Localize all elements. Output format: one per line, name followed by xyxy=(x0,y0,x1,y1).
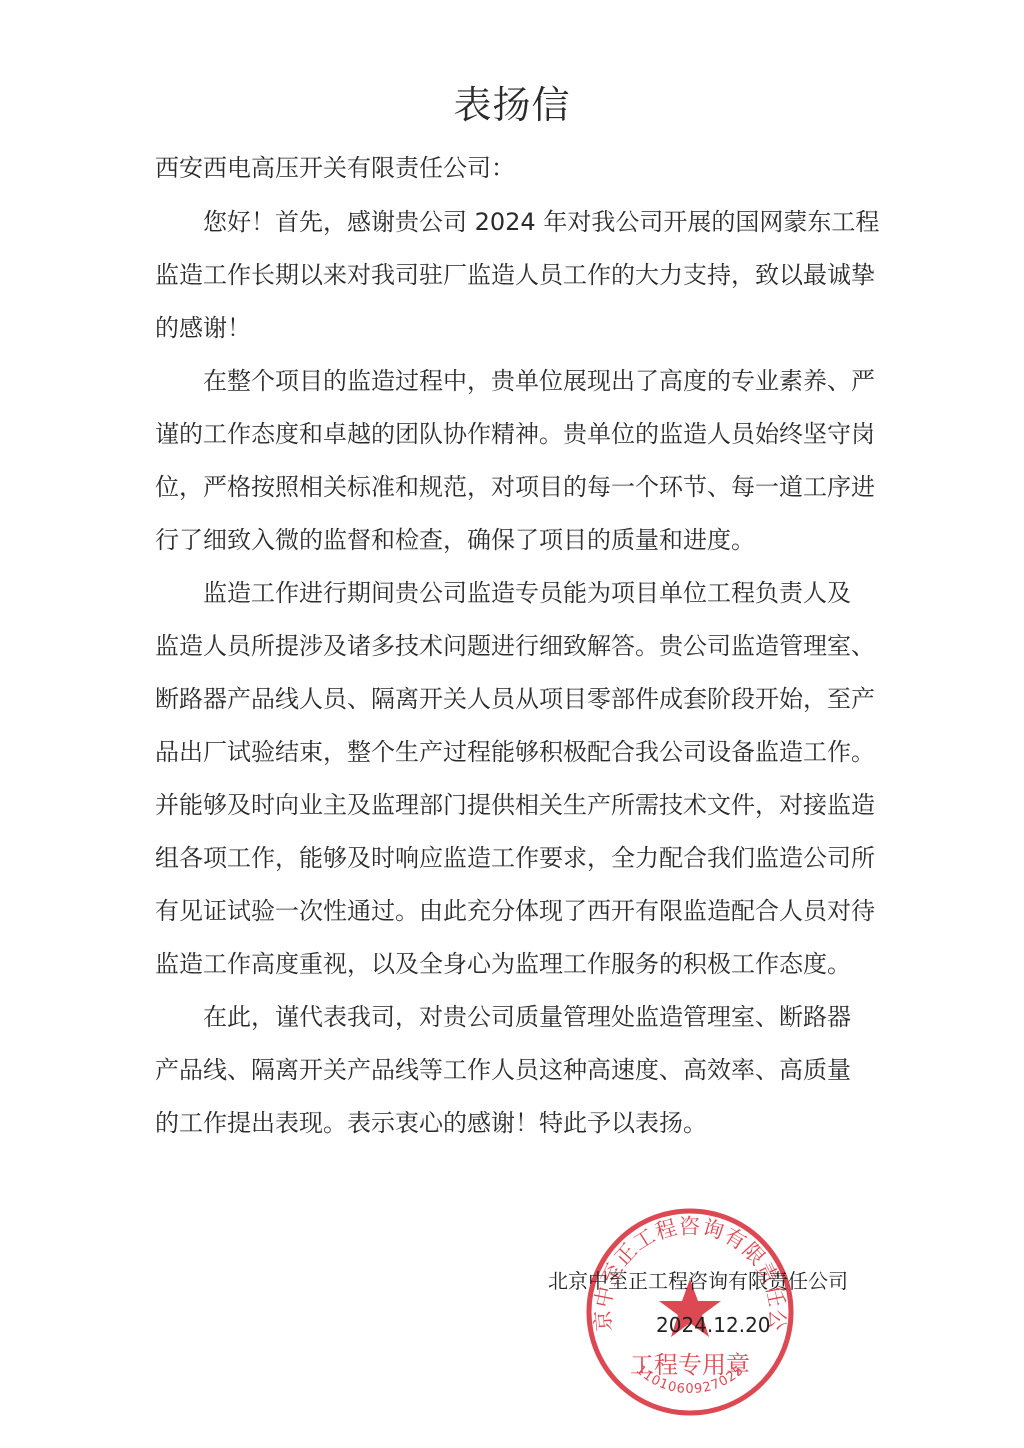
paragraph-commendation: 在此，谨代表我司，对贵公司质量管理处监造管理室、断路器 产品线、隔离开关产品线等… xyxy=(155,991,873,1150)
letter-body: 您好！首先，感谢贵公司 2024 年对我公司开展的国网蒙东工程 监造工作长期以来… xyxy=(155,196,873,1150)
text-line: 位，严格按照相关标准和规范，对项目的每一个环节、每一道工序进 xyxy=(155,461,873,514)
text-line: 有见证试验一次性通过。由此充分体现了西开有限监造配合人员对待 xyxy=(155,885,873,938)
text-line: 断路器产品线人员、隔离开关人员从项目零部件成套阶段开始，至产 xyxy=(155,673,873,726)
text-line: 行了细致入微的监督和检查，确保了项目的质量和进度。 xyxy=(155,514,873,567)
text-line: 监造人员所提涉及诸多技术问题进行细致解答。贵公司监造管理室、 xyxy=(155,620,873,673)
text-line: 您好！首先，感谢贵公司 2024 年对我公司开展的国网蒙东工程 xyxy=(155,196,873,249)
text-line: 监造工作长期以来对我司驻厂监造人员工作的大力支持，致以最诚挚 xyxy=(155,249,873,302)
text-line: 产品线、隔离开关产品线等工作人员这种高速度、高效率、高质量 xyxy=(155,1044,873,1097)
paragraph-cooperation: 监造工作进行期间贵公司监造专员能为项目单位工程负责人及 监造人员所提涉及诸多技术… xyxy=(155,567,873,991)
text-line: 监造工作进行期间贵公司监造专员能为项目单位工程负责人及 xyxy=(155,567,873,620)
text-line: 谨的工作态度和卓越的团队协作精神。贵单位的监造人员始终坚守岗 xyxy=(155,408,873,461)
text-line: 的工作提出表现。表示衷心的感谢！特此予以表扬。 xyxy=(155,1097,873,1150)
official-seal-icon: 北京中至正工程咨询有限责任公司 工程专用章 1101060927025 xyxy=(583,1205,797,1419)
signature-date: 2024.12.20 xyxy=(656,1313,771,1337)
letter-page: 表扬信 西安西电高压开关有限责任公司： 您好！首先，感谢贵公司 2024 年对我… xyxy=(0,0,1024,1448)
text-line: 在此，谨代表我司，对贵公司质量管理处监造管理室、断路器 xyxy=(155,991,873,1044)
text-line: 组各项工作，能够及时响应监造工作要求，全力配合我们监造公司所 xyxy=(155,832,873,885)
salutation: 西安西电高压开关有限责任公司： xyxy=(155,148,515,183)
text-line: 在整个项目的监造过程中，贵单位展现出了高度的专业素养、严 xyxy=(155,355,873,408)
text-line: 监造工作高度重视，以及全身心为监理工作服务的积极工作态度。 xyxy=(155,938,873,991)
paragraph-professionalism: 在整个项目的监造过程中，贵单位展现出了高度的专业素养、严 谨的工作态度和卓越的团… xyxy=(155,355,873,567)
text-line: 品出厂试验结束，整个生产过程能够积极配合我公司设备监造工作。 xyxy=(155,726,873,779)
signer-company: 北京中至正工程咨询有限责任公司 xyxy=(548,1265,848,1294)
text-line: 并能够及时向业主及监理部门提供相关生产所需技术文件，对接监造 xyxy=(155,779,873,832)
letter-title: 表扬信 xyxy=(0,74,1024,129)
text-line: 的感谢！ xyxy=(155,302,873,355)
paragraph-thanks: 您好！首先，感谢贵公司 2024 年对我公司开展的国网蒙东工程 监造工作长期以来… xyxy=(155,196,873,355)
